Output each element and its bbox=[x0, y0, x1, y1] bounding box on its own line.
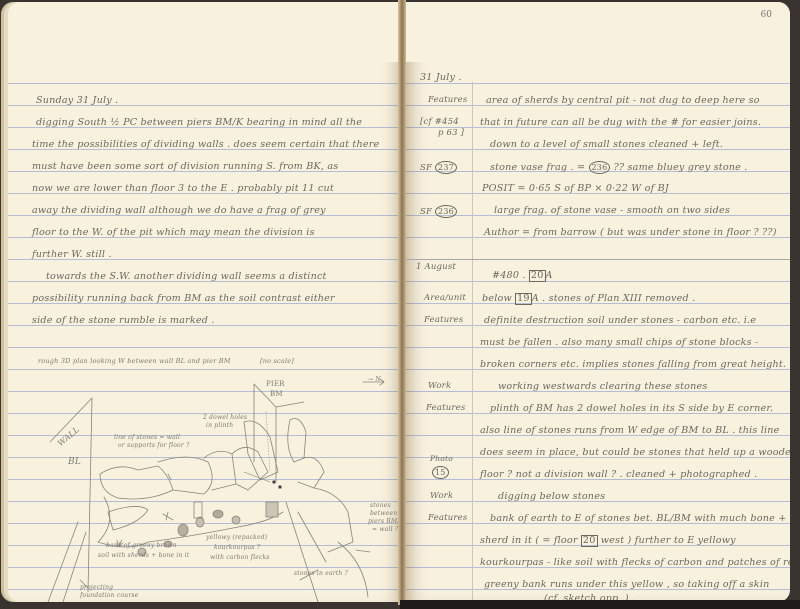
unit-box: 20 bbox=[529, 270, 546, 282]
entry-text: also line of stones runs from W edge of … bbox=[480, 425, 780, 436]
notebook-spine-gutter bbox=[398, 0, 406, 605]
entry-text: down to a level of small stones cleaned … bbox=[490, 139, 723, 150]
sketch-label-stones-between: piers BM/K bbox=[368, 518, 402, 525]
small-find-number: 237 bbox=[435, 161, 457, 174]
unit-box: 19 bbox=[515, 293, 532, 305]
entry-text: digging below stones bbox=[498, 491, 605, 502]
site-sketch-drawing bbox=[8, 362, 402, 602]
left-page-header-space bbox=[8, 2, 402, 62]
entry-text: kourkourpas - like soil with flecks of c… bbox=[480, 557, 790, 568]
entry-text: below bbox=[482, 293, 515, 304]
left-text-line: time the possibilities of dividing walls… bbox=[32, 139, 379, 150]
sketch-label-wall-id: BL bbox=[68, 457, 81, 467]
right-date-heading: 1 August bbox=[416, 262, 456, 272]
left-text-line: digging South ½ PC between piers BM/K be… bbox=[36, 117, 362, 128]
entry-label: p 63 ] bbox=[438, 128, 464, 138]
entry-text: broken corners etc. implies stones falli… bbox=[480, 359, 786, 370]
left-page: Sunday 31 July . digging South ½ PC betw… bbox=[8, 2, 402, 602]
context-number: #480 . bbox=[492, 270, 526, 281]
unit-suffix: A bbox=[546, 270, 553, 281]
entry-text-line: below 19A . stones of Plan XIII removed … bbox=[482, 293, 695, 305]
sketch-label-line-of-stones: line of stones = wall bbox=[114, 434, 180, 441]
entry-text-line: sherd in it ( = floor 20 west ) further … bbox=[480, 535, 736, 547]
sketch-label-yellowy: yellowy (repacked) bbox=[206, 534, 267, 541]
entry-text: must be fallen . also many small chips o… bbox=[480, 337, 758, 348]
unit-box: 20 bbox=[581, 535, 598, 547]
left-text-line: possibility running back from BM as the … bbox=[32, 293, 335, 304]
photo-number: 15 bbox=[432, 466, 449, 479]
left-text-line: side of the stone rumble is marked . bbox=[32, 315, 215, 326]
entry-label: Features bbox=[428, 95, 467, 105]
sketch-label-pier: PIER bbox=[266, 380, 285, 388]
entry-text: that in future can all be dug with the #… bbox=[480, 117, 761, 128]
entry-label: Work bbox=[430, 491, 453, 501]
sketch-label-stones-between: = wall ? bbox=[372, 526, 398, 533]
entry-text: bank of earth to E of stones bet. BL/BM … bbox=[490, 513, 787, 524]
margin-rule bbox=[472, 82, 473, 602]
left-text-line: floor to the W. of the pit which may mea… bbox=[32, 227, 315, 238]
entry-text-line: stone vase frag . = 236 ?? same bluey gr… bbox=[490, 161, 748, 174]
entry-label: Area/unit bbox=[424, 293, 466, 303]
right-page-header-space bbox=[402, 2, 790, 62]
small-find-ref: 236 bbox=[589, 161, 611, 174]
entry-text: A . stones of Plan XIII removed . bbox=[532, 293, 696, 304]
left-text-line: away the dividing wall although we do ha… bbox=[32, 205, 326, 216]
sketch-label-yellowy: with carbon flecks bbox=[210, 554, 270, 561]
entry-text: west ) further to E yellowy bbox=[598, 535, 736, 546]
entry-text: working westwards clearing these stones bbox=[498, 381, 707, 392]
entry-text: plinth of BM has 2 dowel holes in its S … bbox=[490, 403, 773, 414]
sketch-label-stones-between: between bbox=[370, 510, 397, 517]
left-text-line: further W. still . bbox=[32, 249, 112, 260]
sketch-label-dowel-holes: 2 dowel holes bbox=[203, 414, 247, 421]
entry-text: Author = from barrow ( but was under sto… bbox=[484, 227, 777, 238]
entry-label-sf: SF 236 bbox=[420, 205, 457, 218]
entry-label: Features bbox=[426, 403, 465, 413]
entry-text: definite destruction soil under stones -… bbox=[484, 315, 756, 326]
entry-label: Work bbox=[428, 381, 451, 391]
entry-text: sherd in it ( = floor bbox=[480, 535, 581, 546]
sketch-label-stones-between: stones bbox=[370, 502, 391, 509]
section-divider bbox=[402, 259, 790, 260]
entry-text: ?? same bluey grey stone . bbox=[614, 162, 748, 173]
entry-text: large frag. of stone vase - smooth on tw… bbox=[494, 205, 730, 216]
notebook-cover-edge bbox=[400, 600, 800, 609]
context-number-line: #480 . 20A bbox=[492, 270, 553, 282]
entry-text: area of sherds by central pit - not dug … bbox=[486, 95, 760, 106]
entry-label: SF bbox=[420, 207, 432, 217]
entry-label: Features bbox=[424, 315, 463, 325]
entry-text: POSIT = 0·65 S of BP × 0·22 W of BJ bbox=[482, 183, 669, 194]
sketch-label-dowel-holes: in plinth bbox=[206, 422, 233, 429]
photo-number-wrap: 15 bbox=[432, 466, 449, 479]
left-text-line: towards the S.W. another dividing wall s… bbox=[46, 271, 327, 282]
entry-label: Photo bbox=[430, 454, 453, 463]
entry-text: greeny bank runs under this yellow , so … bbox=[484, 579, 769, 590]
entry-label: SF bbox=[420, 163, 432, 173]
entry-label: [cf #454 bbox=[420, 117, 459, 127]
north-arrow-label: → N bbox=[368, 376, 381, 383]
sketch-label-stones-in-earth: stones in earth ? bbox=[294, 570, 348, 577]
sketch-label-line-of-stones: or supports for floor ? bbox=[118, 442, 189, 449]
sketch-label-yellowy: kourkourpas ? bbox=[214, 544, 260, 551]
notebook-spread: Sunday 31 July . digging South ½ PC betw… bbox=[0, 0, 800, 609]
left-text-line: must have been some sort of division run… bbox=[32, 161, 338, 172]
small-find-number: 236 bbox=[435, 205, 457, 218]
entry-label: Features bbox=[428, 513, 467, 523]
sketch-label-bank: bank of greeny brown bbox=[106, 542, 177, 549]
entry-label-sf: SF 237 bbox=[420, 161, 457, 174]
sketch-label-footing: foundation course bbox=[80, 592, 138, 599]
entry-text: floor ? not a division wall ? . cleaned … bbox=[480, 469, 757, 480]
entry-text: does seem in place, but could be stones … bbox=[480, 447, 790, 458]
right-page: 60 31 July . Features area of sherds by … bbox=[402, 2, 790, 602]
left-text-line: now we are lower than floor 3 to the E .… bbox=[32, 183, 334, 194]
page-number: 60 bbox=[761, 10, 772, 20]
entry-text: stone vase frag . = bbox=[490, 162, 589, 173]
left-date-heading: Sunday 31 July . bbox=[36, 95, 118, 106]
sketch-label-footing: projecting bbox=[80, 584, 113, 591]
sketch-label-pier-id: BM bbox=[270, 390, 283, 398]
sketch-label-bank: soil with sherds + bone in it bbox=[98, 552, 189, 559]
right-date-heading: 31 July . bbox=[420, 72, 462, 83]
